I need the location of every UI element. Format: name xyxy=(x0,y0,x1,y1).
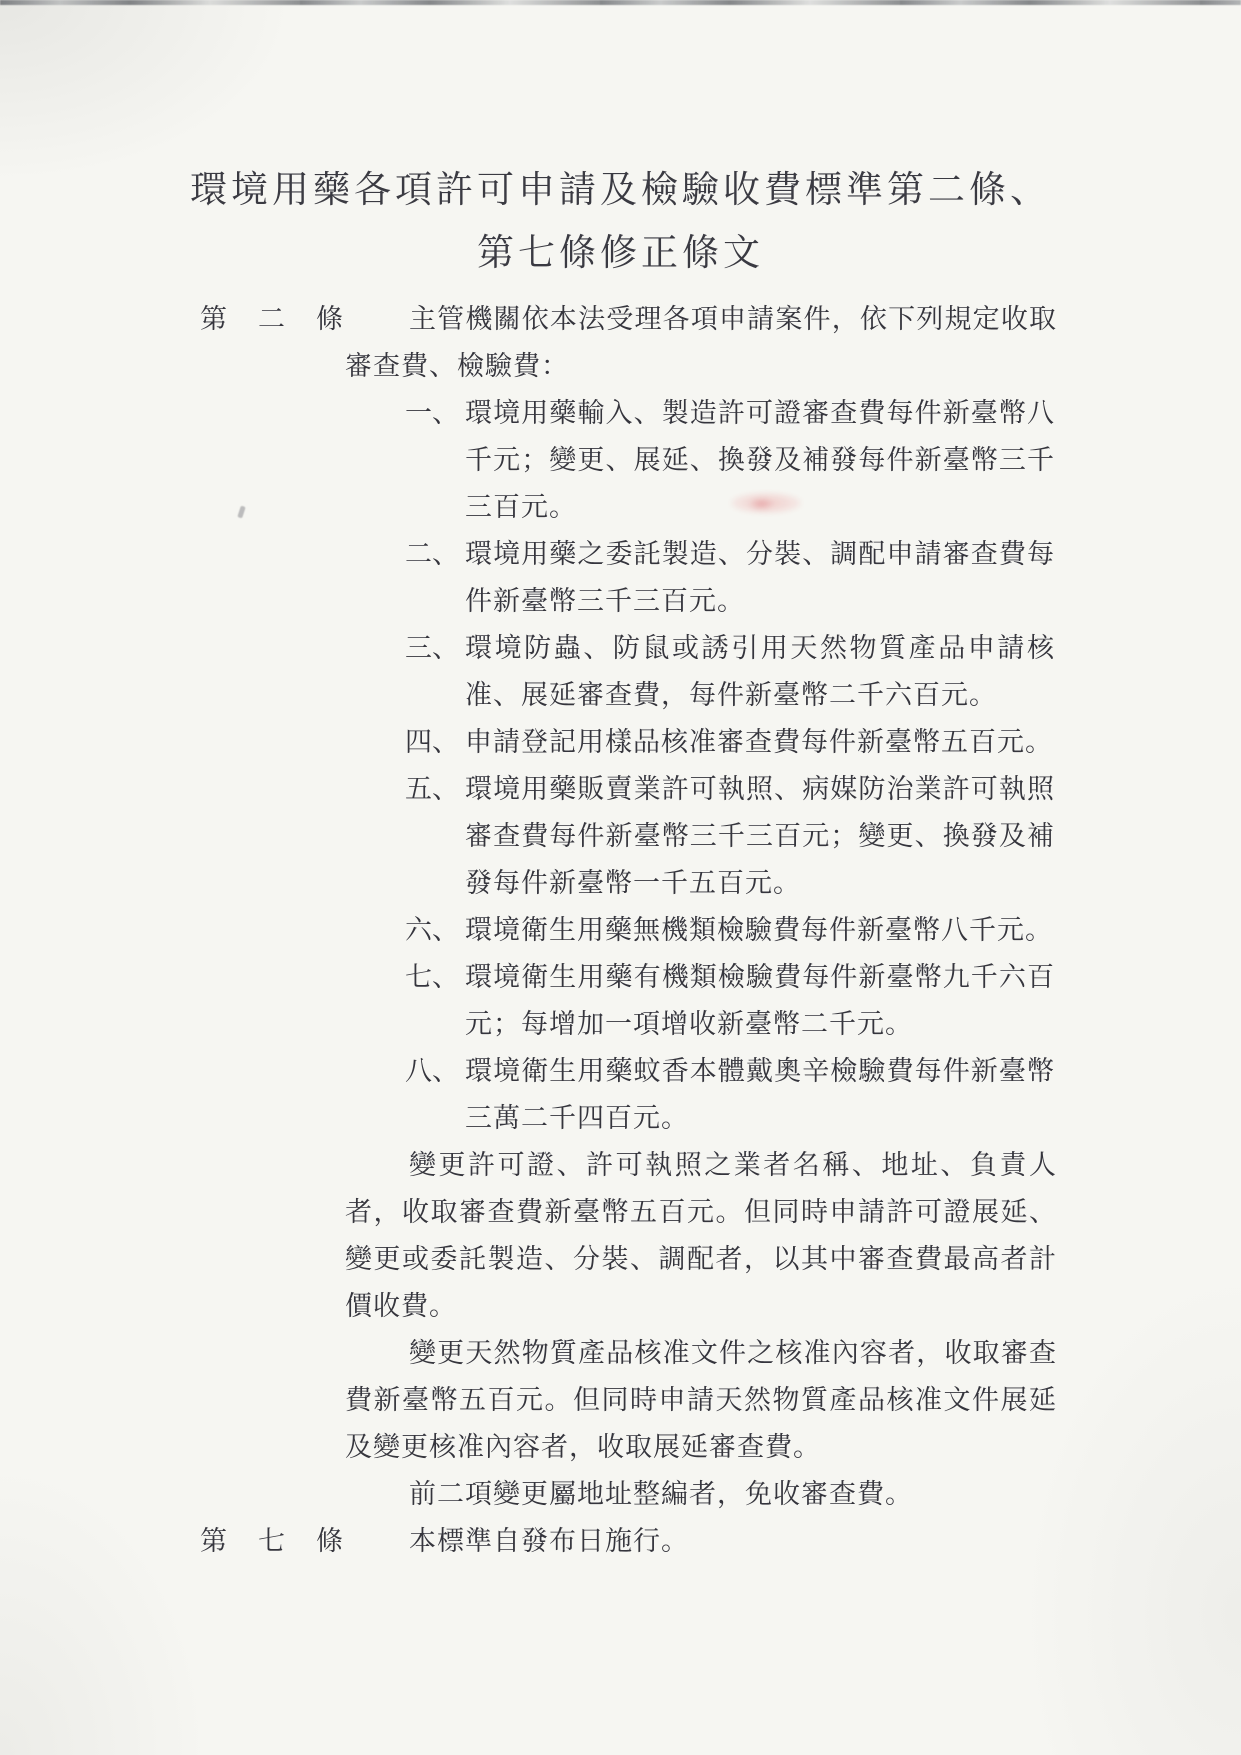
fee-item: 四、 申請登記用樣品核准審查費每件新臺幣五百元。 xyxy=(345,719,1055,766)
document-title-line-2: 第七條修正條文 xyxy=(0,221,1241,284)
article-2-paragraph-4: 前二項變更屬地址整編者，免收審查費。 xyxy=(345,1471,1057,1518)
article-7-label-char-3: 條 xyxy=(316,1518,343,1565)
article-7-label: 第 七 條 xyxy=(200,1518,343,1565)
fee-item-text: 環境防蟲、防鼠或誘引用天然物質產品申請核准、展延審查費，每件新臺幣二千六百元。 xyxy=(465,633,1055,711)
article-2-label-char-2: 二 xyxy=(258,296,285,343)
fee-item-text: 環境用藥販賣業許可執照、病媒防治業許可執照審查費每件新臺幣三千三百元；變更、換發… xyxy=(465,774,1055,899)
article-2-intro: 主管機關依本法受理各項申請案件，依下列規定收取審查費、檢驗費： xyxy=(345,296,1057,390)
fee-item-number: 八、 xyxy=(405,1048,459,1095)
fee-item-text: 申請登記用樣品核准審查費每件新臺幣五百元。 xyxy=(465,727,1053,758)
scanned-document-page: 環境用藥各項許可申請及檢驗收費標準第二條、 第七條修正條文 第 二 條 主管機關… xyxy=(0,0,1241,1755)
fee-item: 七、 環境衛生用藥有機類檢驗費每件新臺幣九千六百元；每增加一項增收新臺幣二千元。 xyxy=(345,954,1055,1048)
fee-list: 一、 環境用藥輸入、製造許可證審查費每件新臺幣八千元；變更、展延、換發及補發每件… xyxy=(345,390,1057,1142)
fee-item: 六、 環境衛生用藥無機類檢驗費每件新臺幣八千元。 xyxy=(345,907,1055,954)
article-7-label-char-1: 第 xyxy=(200,1518,227,1565)
article-2-label-char-3: 條 xyxy=(316,296,343,343)
fee-item-number: 七、 xyxy=(405,954,459,1001)
fee-item: 二、 環境用藥之委託製造、分裝、調配申請審查費每件新臺幣三千三百元。 xyxy=(345,531,1055,625)
fee-item-number: 三、 xyxy=(405,625,459,672)
article-2-label: 第 二 條 xyxy=(200,296,343,343)
fee-item-number: 一、 xyxy=(405,390,459,437)
fee-item-text: 環境衛生用藥無機類檢驗費每件新臺幣八千元。 xyxy=(465,915,1053,946)
article-7-label-char-2: 七 xyxy=(258,1518,285,1565)
document-body: 第 二 條 主管機關依本法受理各項申請案件，依下列規定收取審查費、檢驗費： 一、… xyxy=(345,296,1057,1565)
pink-stamp-smudge xyxy=(748,497,774,511)
document-title-line-1: 環境用藥各項許可申請及檢驗收費標準第二條、 xyxy=(0,158,1241,221)
fee-item-text: 環境衛生用藥蚊香本體戴奧辛檢驗費每件新臺幣三萬二千四百元。 xyxy=(465,1056,1055,1134)
fee-item: 三、 環境防蟲、防鼠或誘引用天然物質產品申請核准、展延審查費，每件新臺幣二千六百… xyxy=(345,625,1055,719)
article-2-label-char-1: 第 xyxy=(200,296,227,343)
fee-item: 一、 環境用藥輸入、製造許可證審查費每件新臺幣八千元；變更、展延、換發及補發每件… xyxy=(345,390,1055,531)
fee-item: 八、 環境衛生用藥蚊香本體戴奧辛檢驗費每件新臺幣三萬二千四百元。 xyxy=(345,1048,1055,1142)
scan-speck xyxy=(237,506,245,519)
fee-item-number: 五、 xyxy=(405,766,459,813)
article-7-text: 本標準自發布日施行。 xyxy=(345,1518,1057,1565)
article-2: 第 二 條 主管機關依本法受理各項申請案件，依下列規定收取審查費、檢驗費： 一、… xyxy=(345,296,1057,1518)
fee-item-text: 環境用藥之委託製造、分裝、調配申請審查費每件新臺幣三千三百元。 xyxy=(465,539,1055,617)
article-2-paragraph-2: 變更許可證、許可執照之業者名稱、地址、負責人者，收取審查費新臺幣五百元。但同時申… xyxy=(345,1142,1057,1330)
fee-item-number: 二、 xyxy=(405,531,459,578)
article-7: 第 七 條 本標準自發布日施行。 xyxy=(345,1518,1057,1565)
document-title: 環境用藥各項許可申請及檢驗收費標準第二條、 第七條修正條文 xyxy=(0,158,1241,284)
fee-item-text: 環境衛生用藥有機類檢驗費每件新臺幣九千六百元；每增加一項增收新臺幣二千元。 xyxy=(465,962,1055,1040)
article-2-paragraph-3: 變更天然物質產品核准文件之核准內容者，收取審查費新臺幣五百元。但同時申請天然物質… xyxy=(345,1330,1057,1471)
scanner-edge-artifact xyxy=(0,0,1241,5)
fee-item-number: 六、 xyxy=(405,907,459,954)
fee-item-number: 四、 xyxy=(405,719,459,766)
fee-item: 五、 環境用藥販賣業許可執照、病媒防治業許可執照審查費每件新臺幣三千三百元；變更… xyxy=(345,766,1055,907)
